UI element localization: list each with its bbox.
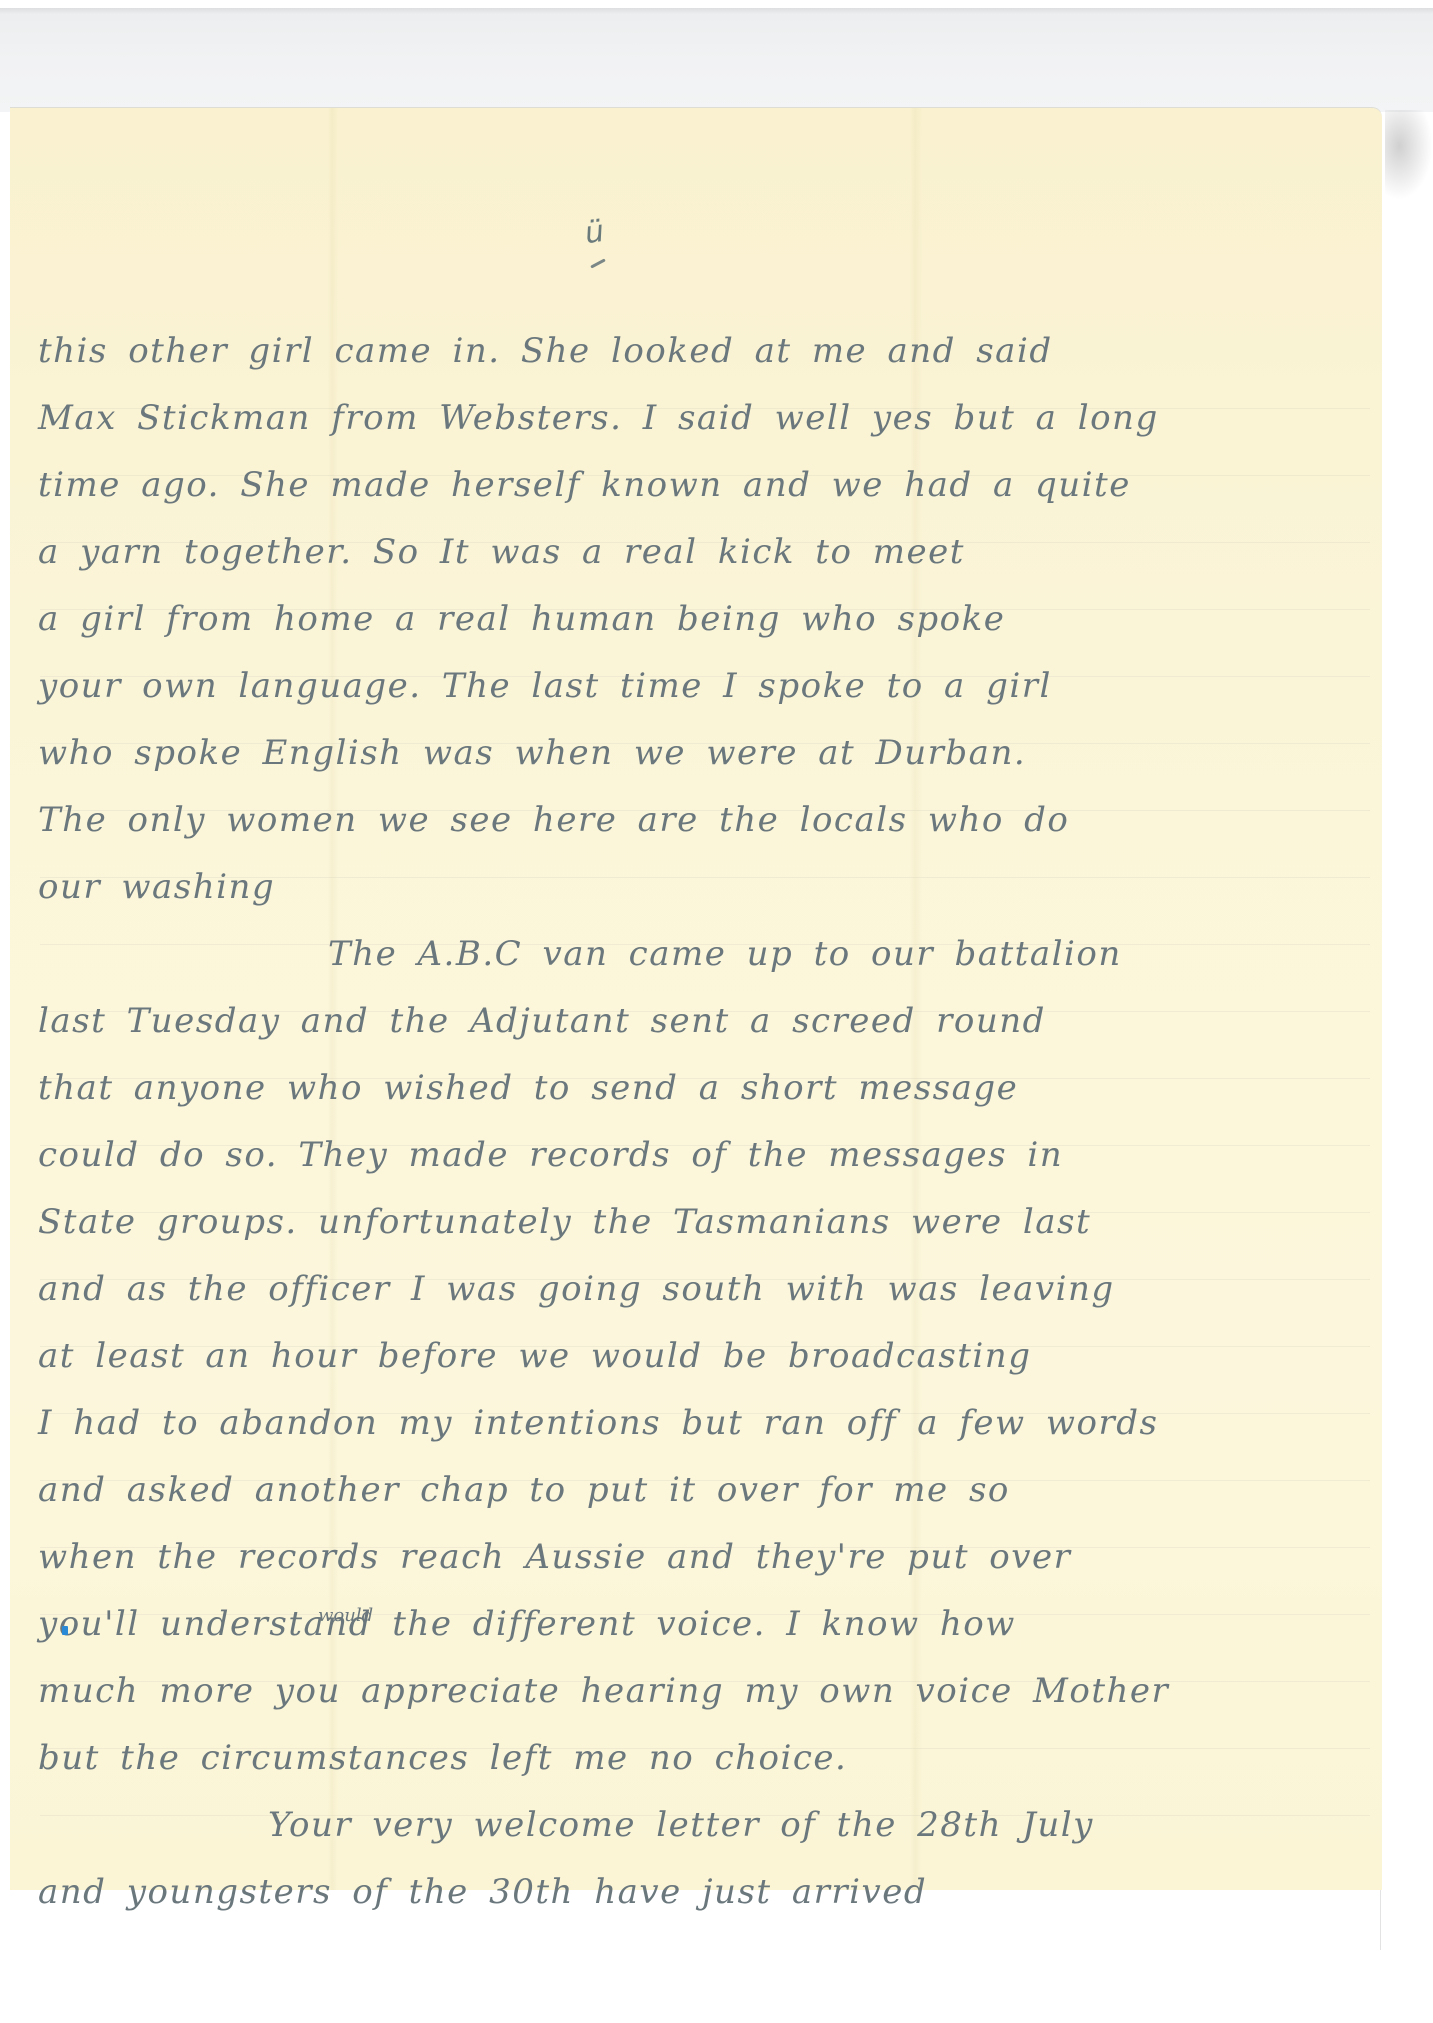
letter-line: time ago. She made herself known and we … (38, 452, 1358, 519)
letter-line: I had to abandon my intentions but ran o… (38, 1390, 1358, 1457)
handwritten-letter-body: this other girl came in. She looked at m… (38, 318, 1358, 1926)
letter-line: The only women we see here are the local… (38, 787, 1358, 854)
scan-artifact (1380, 1890, 1381, 1950)
letter-line: a yarn together. So It was a real kick t… (38, 519, 1358, 586)
letter-line: could do so. They made records of the me… (38, 1122, 1358, 1189)
letter-line: a girl from home a real human being who … (38, 586, 1358, 653)
scan-top-edge (0, 0, 1433, 8)
letter-line: and youngsters of the 30th have just arr… (38, 1859, 1358, 1926)
letter-line: this other girl came in. She looked at m… (38, 318, 1358, 385)
letter-line: last Tuesday and the Adjutant sent a scr… (38, 988, 1358, 1055)
letter-line: and asked another chap to put it over fo… (38, 1457, 1358, 1524)
letter-line: your own language. The last time I spoke… (38, 653, 1358, 720)
letter-line: when the records reach Aussie and they'r… (38, 1524, 1358, 1591)
blue-ink-spot (62, 1626, 68, 1635)
letter-line: at least an hour before we would be broa… (38, 1323, 1358, 1390)
paragraph-start-line: Your very welcome letter of the 28th Jul… (38, 1792, 1358, 1859)
scan-smudge (1385, 110, 1433, 200)
letter-line: who spoke English was when we were at Du… (38, 720, 1358, 787)
scanner-background-top (0, 0, 1433, 112)
paragraph-start-line: The A.B.C van came up to our battalion (38, 921, 1358, 988)
letter-line: and as the officer I was going south wit… (38, 1256, 1358, 1323)
letter-line: you'll understand the different voice. I… (38, 1591, 1358, 1658)
letter-line: much more you appreciate hearing my own … (38, 1658, 1358, 1725)
letter-line: but the circumstances left me no choice. (38, 1725, 1358, 1792)
interlinear-insertion: would (318, 1605, 373, 1626)
letter-line: State groups. unfortunately the Tasmania… (38, 1189, 1358, 1256)
page-number-mark: ü (583, 217, 606, 249)
letter-line: our washing (38, 854, 1358, 921)
letter-line: Max Stickman from Websters. I said well … (38, 385, 1358, 452)
letter-line: that anyone who wished to send a short m… (38, 1055, 1358, 1122)
